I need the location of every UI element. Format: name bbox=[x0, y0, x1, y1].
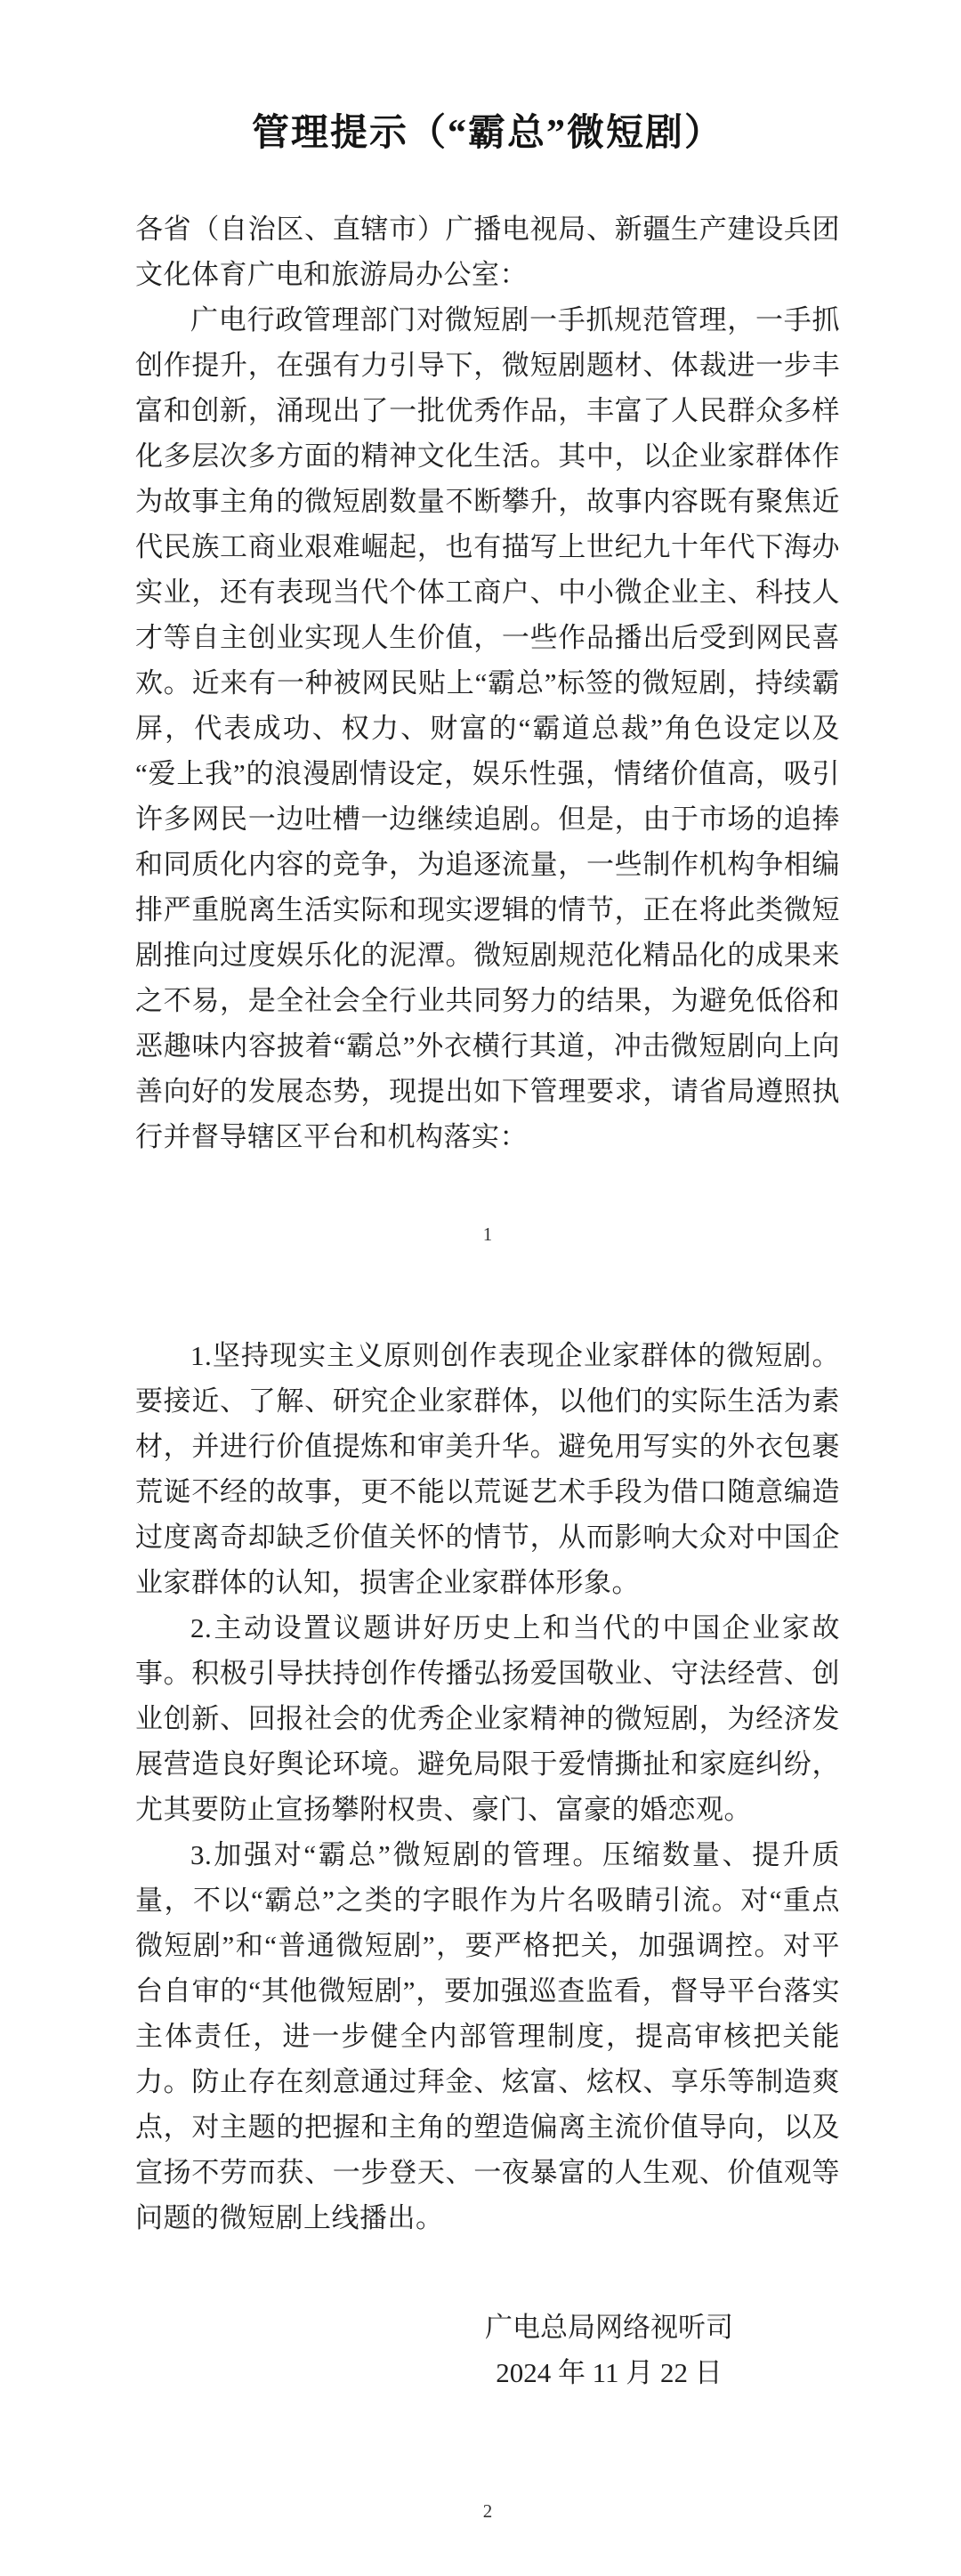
salutation-line: 各省（自治区、直辖市）广播电视局、新疆生产建设兵团文化体育广电和旅游局办公室： bbox=[135, 206, 840, 297]
paragraph-item-2: 2.主动设置议题讲好历史上和当代的中国企业家故事。积极引导扶持创作传播弘扬爱国敬… bbox=[135, 1605, 840, 1832]
signature-block: 广电总局网络视听司 2024 年 11 月 22 日 bbox=[485, 2305, 733, 2395]
document-page: 管理提示（“霸总”微短剧） 各省（自治区、直辖市）广播电视局、新疆生产建设兵团文… bbox=[0, 0, 961, 2576]
paragraph-intro: 广电行政管理部门对微短剧一手抓规范管理，一手抓创作提升，在强有力引导下，微短剧题… bbox=[135, 297, 840, 1159]
paragraph-item-1: 1.坚持现实主义原则创作表现企业家群体的微短剧。要接近、了解、研究企业家群体，以… bbox=[135, 1333, 840, 1605]
page-title: 管理提示（“霸总”微短剧） bbox=[135, 103, 840, 157]
signature-date: 2024 年 11 月 22 日 bbox=[485, 2350, 733, 2395]
page-number-1: 1 bbox=[135, 1223, 840, 1246]
signature-organization: 广电总局网络视听司 bbox=[485, 2305, 733, 2350]
page-number-2: 2 bbox=[135, 2500, 840, 2523]
paragraph-item-3: 3.加强对“霸总”微短剧的管理。压缩数量、提升质量，不以“霸总”之类的字眼作为片… bbox=[135, 1832, 840, 2241]
